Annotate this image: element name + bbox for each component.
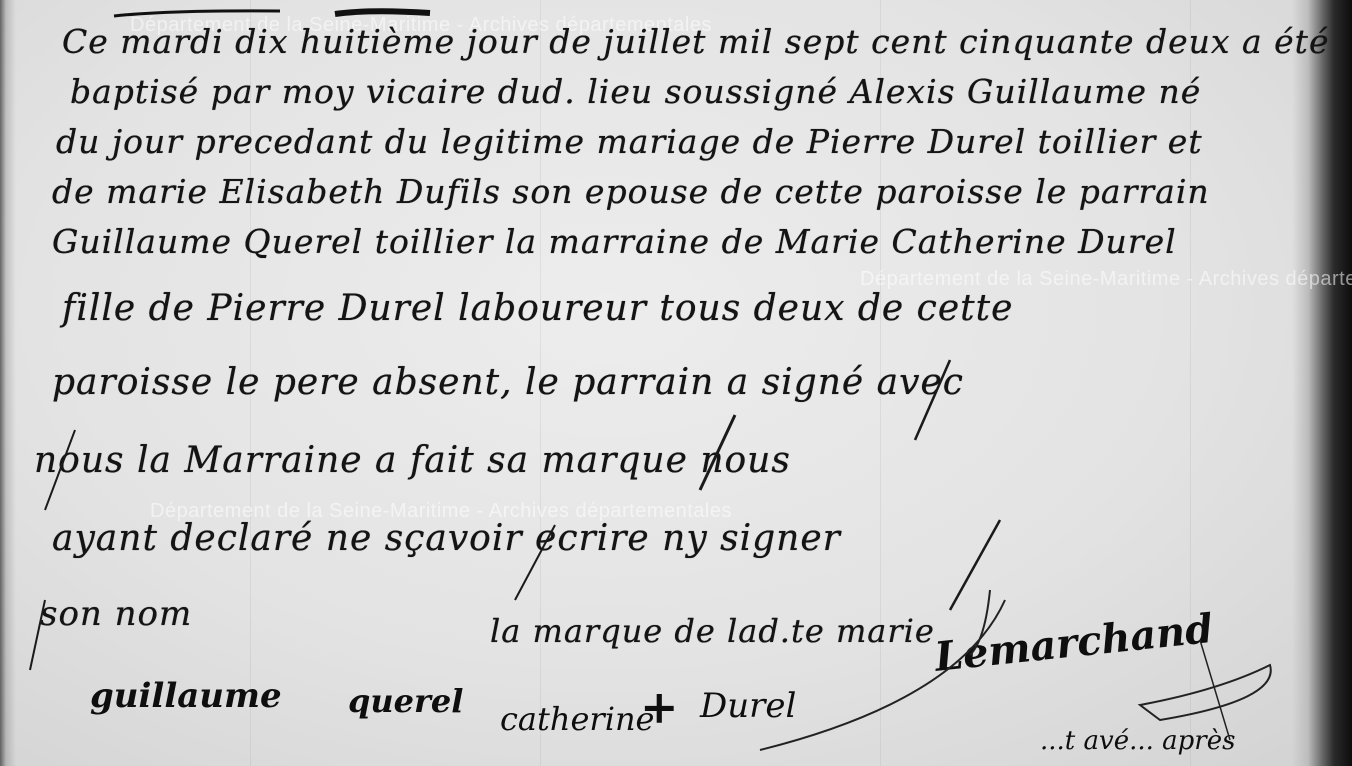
signature-vicar: Lemarchand	[933, 605, 1216, 681]
signature-godfather-surname: querel	[348, 682, 463, 720]
entry-line-7: paroisse le pere absent, le parrain a si…	[52, 362, 964, 403]
entry-line-10: son nom	[40, 594, 192, 634]
entry-line-2: baptisé par moy vicaire dud. lieu soussi…	[70, 72, 1201, 111]
entry-line-6: fille de Pierre Durel laboureur tous deu…	[62, 288, 1013, 329]
previous-entry-ink-strokes	[110, 6, 440, 20]
next-entry-partial-text: ...t avé... après	[1040, 726, 1235, 756]
entry-line-8: nous la Marraine a fait sa marque nous	[34, 440, 791, 481]
entry-line-3: du jour precedant du legitime mariage de…	[56, 122, 1203, 161]
godmother-mark-caption: la marque de lad.te marie	[490, 612, 935, 650]
godmother-surname: Durel	[700, 686, 796, 726]
godmother-first-name: catherine	[500, 700, 654, 738]
entry-line-1: Ce mardi dix huitième jour de juillet mi…	[62, 22, 1329, 61]
entry-line-5: Guillaume Querel toillier la marraine de…	[52, 222, 1177, 261]
signature-godfather-first-name: guillaume	[90, 676, 282, 716]
entry-line-4: de marie Elisabeth Dufils son epouse de …	[52, 172, 1210, 211]
godmother-cross-mark-icon: +	[640, 680, 679, 734]
scanned-register-page: Département de la Seine-Maritime - Archi…	[0, 0, 1352, 766]
entry-line-9: ayant declaré ne sçavoir ecrire ny signe…	[52, 518, 841, 559]
